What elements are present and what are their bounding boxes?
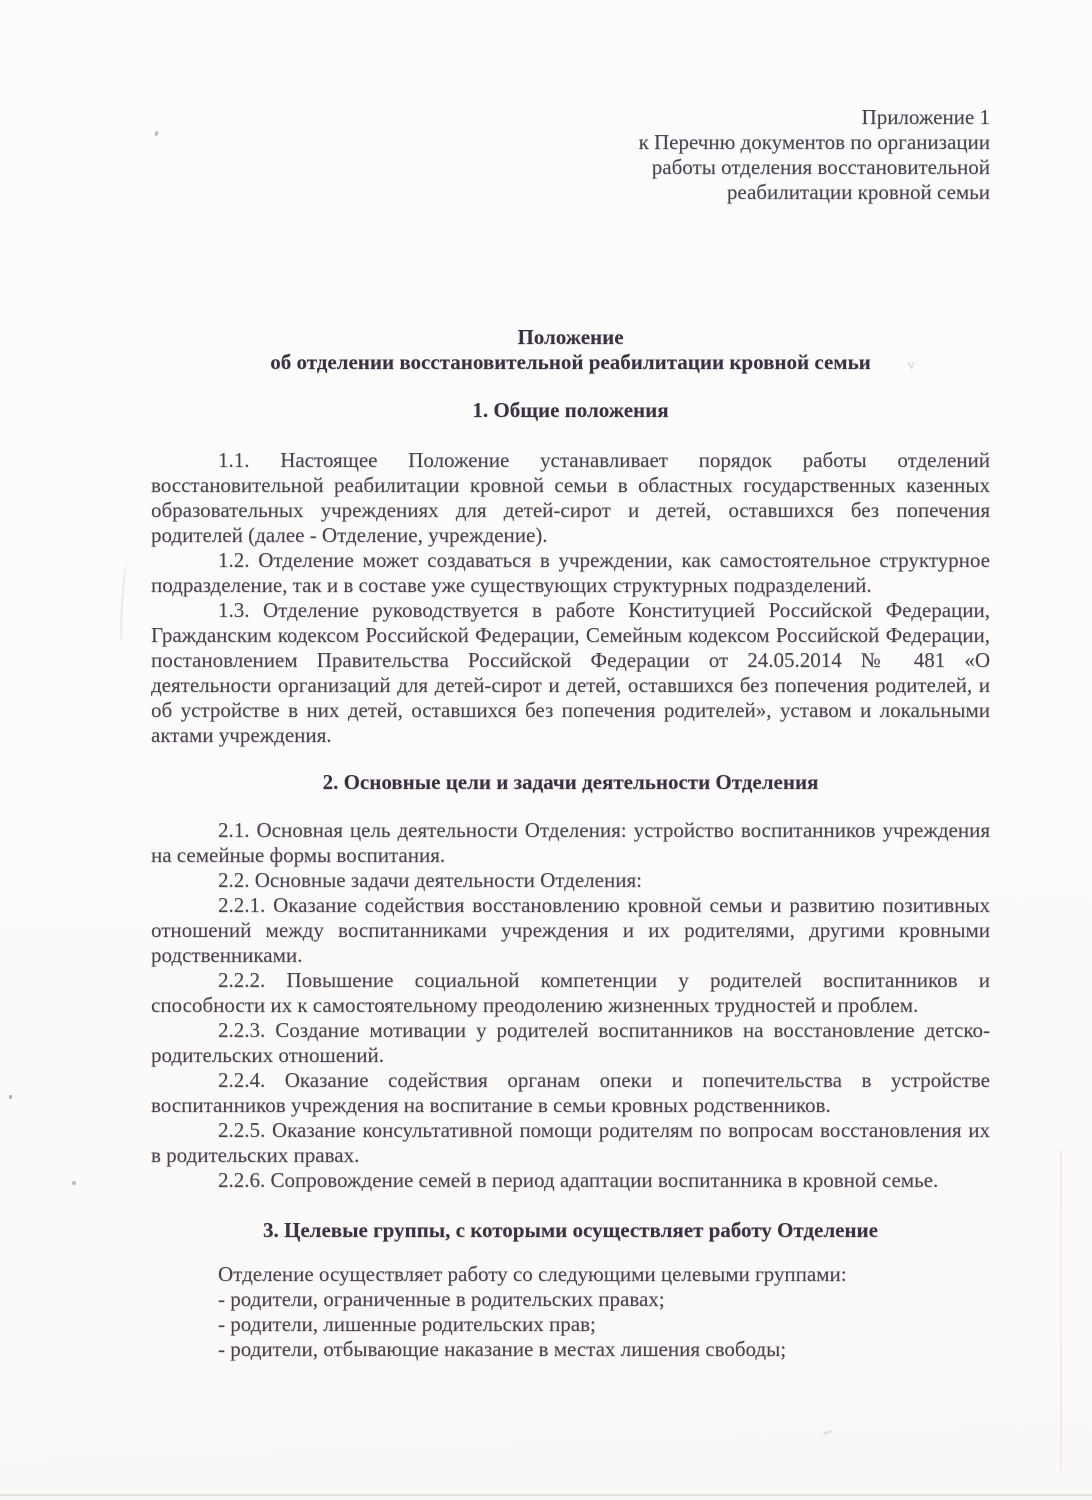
paragraph-2-2-6: 2.2.6. Сопровождение семей в период адап… — [151, 1168, 990, 1193]
scan-speck — [823, 1430, 832, 1436]
appendix-header: Приложение 1 к Перечню документов по орг… — [151, 105, 990, 205]
paragraph-2-2-2: 2.2.2. Повышение социальной компетенции … — [151, 968, 990, 1018]
section-1-body: 1.1. Настоящее Положение устанавливает п… — [151, 448, 990, 748]
scan-smudge — [119, 563, 132, 645]
target-group-item: - родители, лишенные родительских прав; — [151, 1312, 990, 1337]
appendix-header-line: работы отделения восстановительной — [151, 155, 990, 180]
section-3-heading: 3. Целевые группы, с которыми осуществля… — [151, 1218, 990, 1243]
target-groups-intro: Отделение осуществляет работу со следующ… — [151, 1262, 990, 1287]
paragraph-2-2-4: 2.2.4. Оказание содействия органам опеки… — [151, 1068, 990, 1118]
paragraph-2-1: 2.1. Основная цель деятельности Отделени… — [151, 818, 990, 868]
scan-speck — [72, 1181, 76, 1185]
paragraph-2-2: 2.2. Основные задачи деятельности Отделе… — [151, 868, 990, 893]
paragraph-2-2-5: 2.2.5. Оказание консультативной помощи р… — [151, 1118, 990, 1168]
scan-edge-shadow — [1060, 1150, 1062, 1470]
paragraph-1-1: 1.1. Настоящее Положение устанавливает п… — [151, 448, 990, 548]
document-content: Приложение 1 к Перечню документов по орг… — [151, 0, 990, 1362]
document-title: Положение об отделении восстановительной… — [151, 325, 990, 375]
appendix-header-line: к Перечню документов по организации — [151, 130, 990, 155]
section-2-body: 2.1. Основная цель деятельности Отделени… — [151, 818, 990, 1193]
scan-speck — [9, 1095, 12, 1099]
appendix-header-line: Приложение 1 — [151, 105, 990, 130]
document-title-line: Положение — [151, 325, 990, 350]
section-3-body: Отделение осуществляет работу со следующ… — [151, 1262, 990, 1362]
section-1-heading: 1. Общие положения — [151, 398, 990, 423]
appendix-header-line: реабилитации кровной семьи — [151, 180, 990, 205]
paragraph-1-2: 1.2. Отделение может создаваться в учреж… — [151, 548, 990, 598]
target-group-item: - родители, отбывающие наказание в места… — [151, 1337, 990, 1362]
paragraph-2-2-3: 2.2.3. Создание мотивации у родителей во… — [151, 1018, 990, 1068]
paragraph-2-2-1: 2.2.1. Оказание содействия восстановлени… — [151, 893, 990, 968]
document-title-line: об отделении восстановительной реабилита… — [151, 350, 990, 375]
paragraph-1-3: 1.3. Отделение руководствуется в работе … — [151, 598, 990, 748]
section-2-heading: 2. Основные цели и задачи деятельности О… — [151, 770, 990, 795]
scan-edge-shadow — [0, 1494, 1092, 1496]
scanned-document-page: Приложение 1 к Перечню документов по орг… — [0, 0, 1092, 1500]
target-group-item: - родители, ограниченные в родительских … — [151, 1287, 990, 1312]
